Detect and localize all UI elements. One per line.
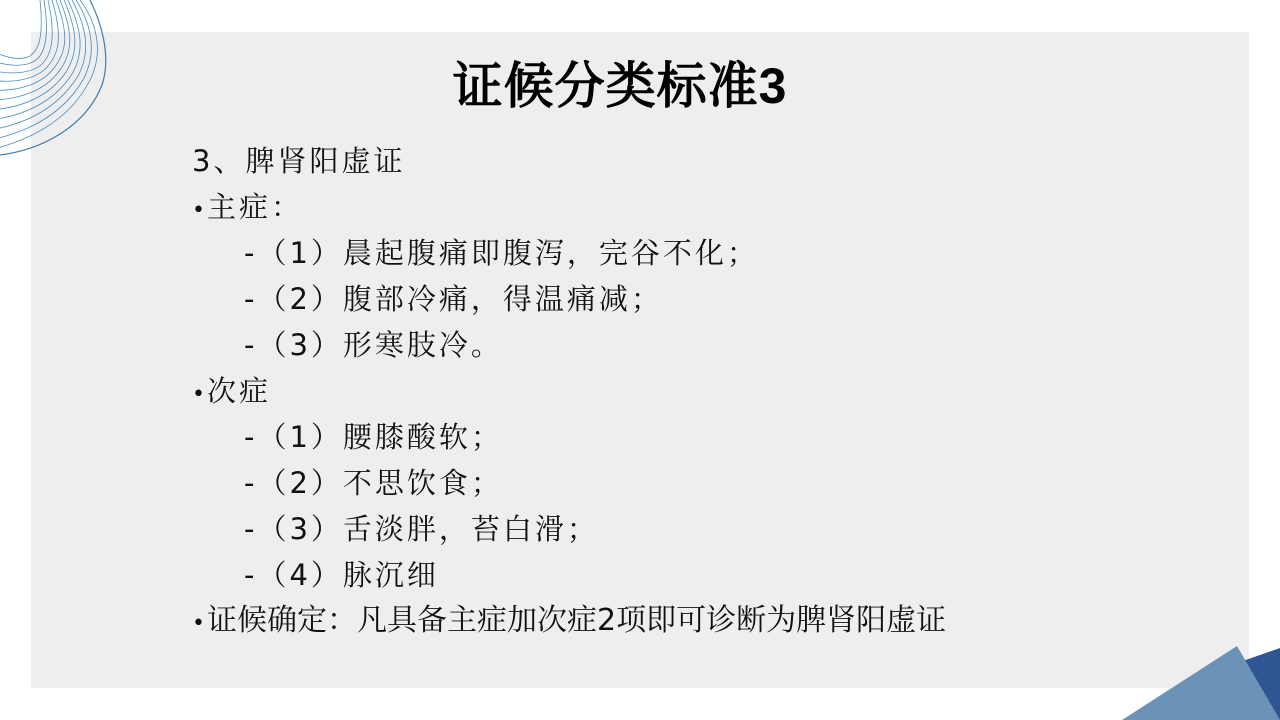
secondary-symptoms-label: •次症	[192, 368, 946, 414]
main-symptom-item: -（3）形寒肢冷。	[192, 322, 946, 368]
secondary-symptom-item: -（2）不思饮食；	[192, 460, 946, 506]
diagnosis-criteria: •证候确定：凡具备主症加次症2项即可诊断为脾肾阳虚证	[192, 598, 946, 644]
secondary-symptom-item: -（3）舌淡胖，苔白滑；	[192, 506, 946, 552]
decorative-corner-icon	[1100, 620, 1280, 720]
bullet-icon: •	[192, 611, 205, 636]
secondary-symptom-item: -（1）腰膝酸软；	[192, 414, 946, 460]
main-symptoms-label: •主症：	[192, 184, 946, 230]
main-symptom-item: -（1）晨起腹痛即腹泻，完谷不化；	[192, 230, 946, 276]
main-symptom-item: -（2）腹部冷痛，得温痛减；	[192, 276, 946, 322]
slide-content: 3、脾肾阳虚证 •主症： -（1）晨起腹痛即腹泻，完谷不化； -（2）腹部冷痛，…	[192, 138, 946, 644]
bullet-icon: •	[192, 198, 205, 223]
syndrome-heading: 3、脾肾阳虚证	[192, 138, 946, 184]
slide-title: 证候分类标准3	[0, 46, 1240, 118]
secondary-symptom-item: -（4）脉沉细	[192, 552, 946, 598]
bullet-icon: •	[192, 382, 205, 407]
